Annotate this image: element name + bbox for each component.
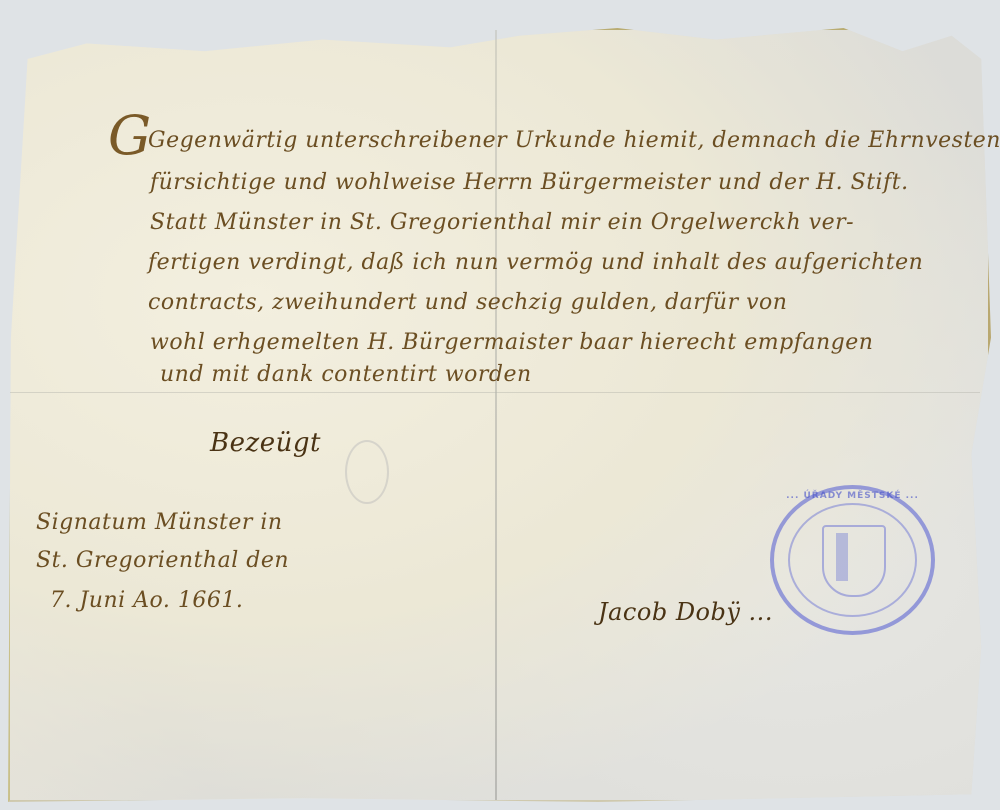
- body-line-5: contracts, zweihundert und sechzig gulde…: [148, 290, 787, 315]
- date-line: 7. Juni Ao. 1661.: [50, 588, 243, 613]
- body-line-1: Gegenwärtig unterschreibener Urkunde hie…: [148, 128, 1000, 153]
- body-line-4: fertigen verdingt, daß ich nun vermög un…: [148, 250, 923, 275]
- stamp-legend: ... ÚŘADY MĚSTSKÉ ...: [774, 491, 931, 501]
- stamp-shield-emblem: [822, 525, 886, 597]
- signature: Jacob Dobÿ ...: [598, 598, 773, 626]
- place-line-1: Signatum Münster in: [36, 510, 283, 535]
- body-line-6: wohl erhgemelten H. Bürgermaister baar h…: [150, 330, 873, 355]
- place-line-2: St. Gregorienthal den: [36, 548, 289, 573]
- attestation-word: Bezeügt: [210, 428, 321, 458]
- official-stamp: ... ÚŘADY MĚSTSKÉ ...: [770, 485, 935, 635]
- body-line-7: und mit dank contentirt worden: [160, 362, 532, 387]
- body-line-3: Statt Münster in St. Gregorienthal mir e…: [150, 210, 854, 235]
- stamp-tower-icon: [836, 533, 848, 581]
- body-line-2: fürsichtige und wohlweise Herrn Bürgerme…: [150, 170, 909, 195]
- decorative-initial-g: G: [108, 104, 151, 167]
- horizontal-fold-line: [10, 392, 980, 393]
- ink-smudge: [345, 440, 389, 504]
